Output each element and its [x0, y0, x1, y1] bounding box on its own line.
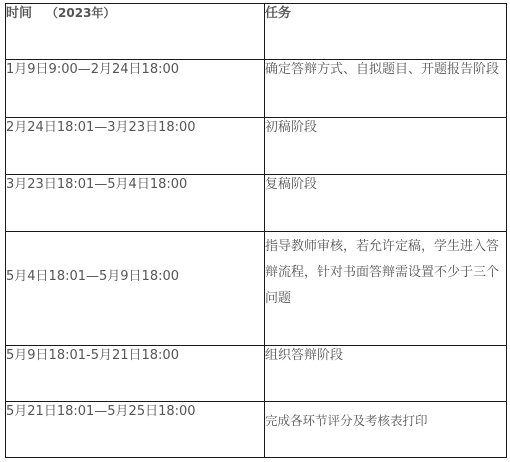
task-cell: 完成各环节评分及考核表打印: [265, 402, 507, 458]
task-cell: 指导教师审核，若允许定稿，学生进入答辩流程，针对书面答辩需设置不少于三个问题: [265, 232, 507, 346]
header-time-label: 时间: [6, 6, 32, 21]
table-row: 5月9日18:01-5月21日18:00 组织答辩阶段: [6, 346, 507, 402]
task-cell: 确定答辩方式、自拟题目、开题报告阶段: [265, 60, 507, 118]
task-cell: 初稿阶段: [265, 118, 507, 175]
header-year-label: （2023年）: [46, 6, 115, 20]
table-row: 5月4日18:01—5月9日18:00 指导教师审核，若允许定稿，学生进入答辩流…: [6, 232, 507, 346]
table-row: 3月23日18:01—5月4日18:00 复稿阶段: [6, 175, 507, 232]
table-row: 5月21日18:01—5月25日18:00 完成各环节评分及考核表打印: [6, 402, 507, 458]
time-cell: 1月9日9:00—2月24日18:00: [6, 60, 265, 118]
header-task: 任务: [265, 4, 507, 60]
time-cell: 2月24日18:01—3月23日18:00: [6, 118, 265, 175]
table-row: 1月9日9:00—2月24日18:00 确定答辩方式、自拟题目、开题报告阶段: [6, 60, 507, 118]
document-page: 时间（2023年） 任务 1月9日9:00—2月24日18:00 确定答辩方式、…: [0, 0, 510, 462]
header-task-label: 任务: [265, 6, 291, 21]
time-cell: 5月9日18:01-5月21日18:00: [6, 346, 265, 402]
table-row: 2月24日18:01—3月23日18:00 初稿阶段: [6, 118, 507, 175]
task-cell: 复稿阶段: [265, 175, 507, 232]
schedule-table: 时间（2023年） 任务 1月9日9:00—2月24日18:00 确定答辩方式、…: [5, 3, 507, 458]
table-header-row: 时间（2023年） 任务: [6, 4, 507, 60]
time-cell: 5月21日18:01—5月25日18:00: [6, 402, 265, 458]
time-cell: 3月23日18:01—5月4日18:00: [6, 175, 265, 232]
header-time: 时间（2023年）: [6, 4, 265, 60]
time-cell: 5月4日18:01—5月9日18:00: [6, 232, 265, 346]
task-cell: 组织答辩阶段: [265, 346, 507, 402]
